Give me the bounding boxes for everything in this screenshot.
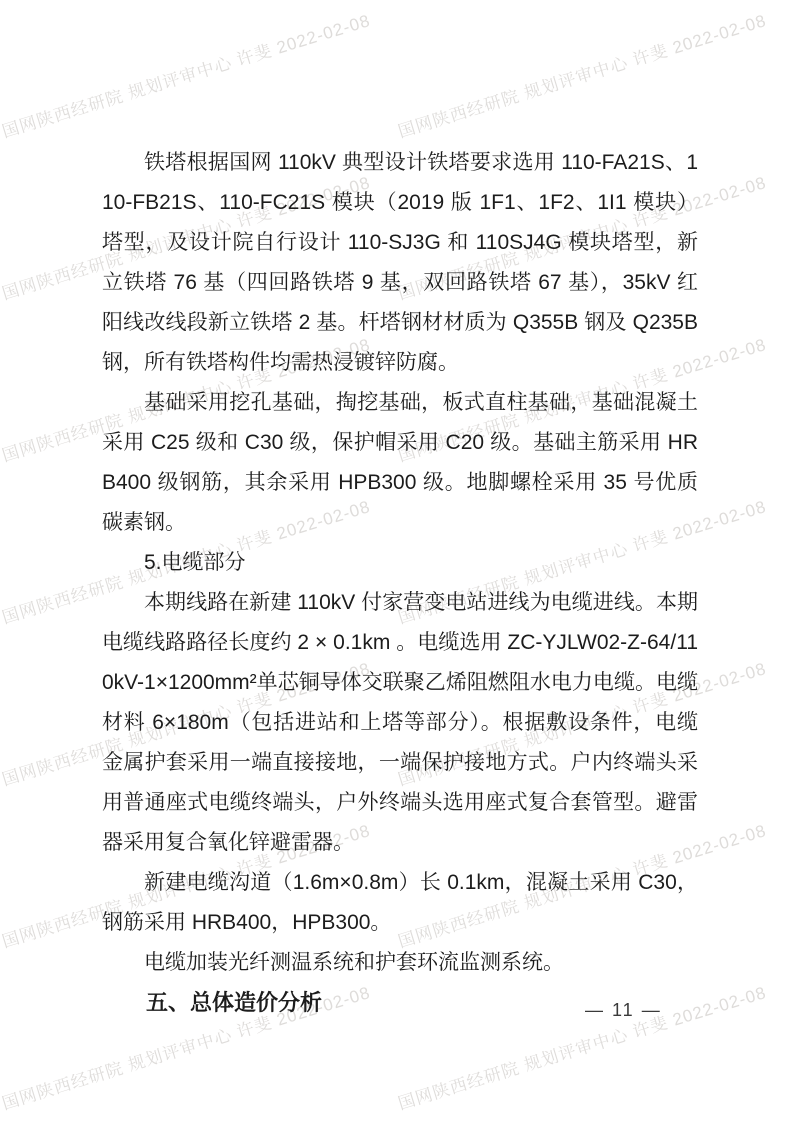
watermark-text: 国网陕西经研院 规划评审中心 许斐 2022-02-08 [394, 6, 769, 142]
page-number: — 11 — [585, 1000, 662, 1021]
paragraph-cable-details: 本期线路在新建 110kV 付家营变电站进线为电缆进线。本期电缆线路路径长度约 … [102, 583, 698, 863]
paragraph-cable-trench: 新建电缆沟道（1.6m×0.8m）长 0.1km，混凝土采用 C30，钢筋采用 … [102, 863, 698, 943]
paragraph-foundations: 基础采用挖孔基础，掏挖基础，板式直柱基础，基础混凝土采用 C25 级和 C30 … [102, 383, 698, 543]
section-heading-cable: 5.电缆部分 [102, 543, 698, 583]
document-page: 国网陕西经研院 规划评审中心 许斐 2022-02-08国网陕西经研院 规划评审… [0, 0, 793, 1122]
paragraph-towers: 铁塔根据国网 110kV 典型设计铁塔要求选用 110-FA21S、110-FB… [102, 143, 698, 383]
watermark-text: 国网陕西经研院 规划评审中心 许斐 2022-02-08 [0, 6, 373, 142]
paragraph-cable-monitoring: 电缆加装光纤测温系统和护套环流监测系统。 [102, 943, 698, 983]
document-body: 铁塔根据国网 110kV 典型设计铁塔要求选用 110-FA21S、110-FB… [102, 143, 698, 1023]
